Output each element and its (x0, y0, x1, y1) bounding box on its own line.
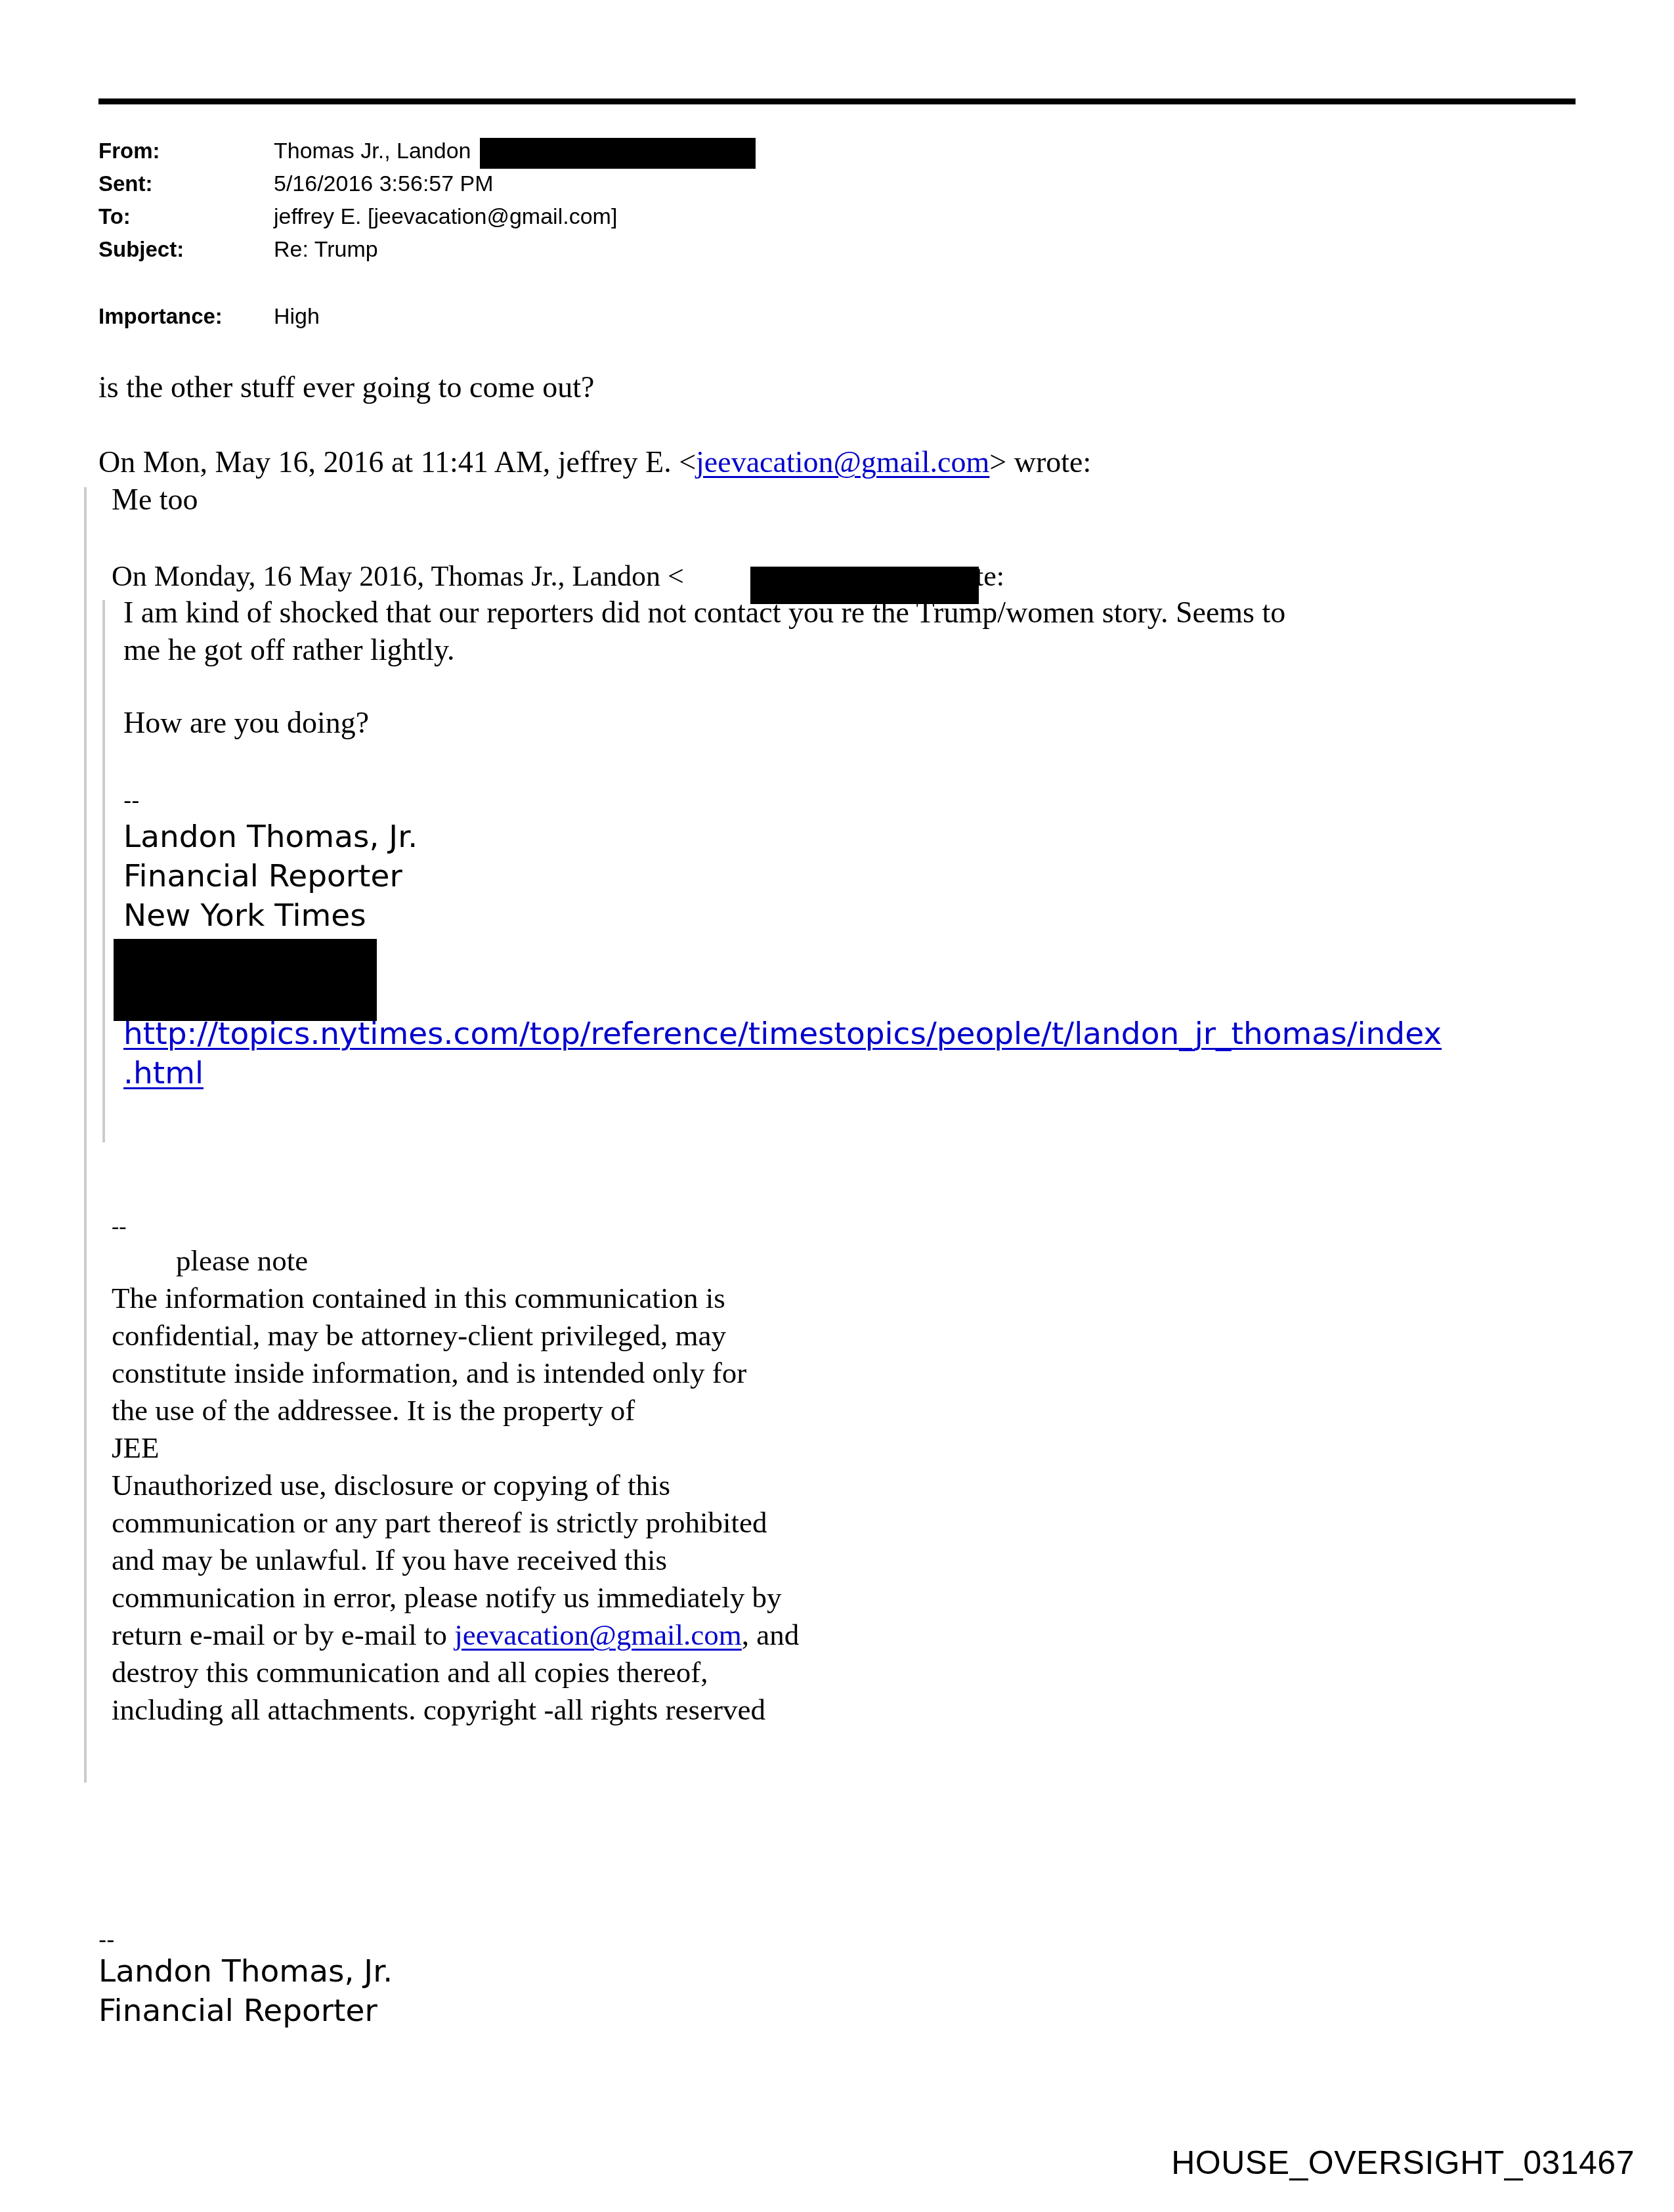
footer-signature-title: Financial Reporter (98, 1991, 377, 2031)
disclaimer-heading: please note (176, 1242, 308, 1280)
signature-title: Financial Reporter (123, 857, 402, 896)
disclaimer-separator: -- (112, 1208, 127, 1246)
profile-link[interactable]: http://topics.nytimes.com/top/reference/… (123, 1016, 1442, 1052)
disclaimer-line: the use of the addressee. It is the prop… (112, 1392, 635, 1429)
profile-link[interactable]: .html (123, 1055, 204, 1091)
disclaimer-line: communication in error, please notify us… (112, 1579, 781, 1616)
disclaimer-line: The information contained in this commun… (112, 1280, 725, 1317)
email-link[interactable]: jeevacation@gmail.com (454, 1618, 742, 1651)
signature-org: New York Times (123, 896, 366, 936)
email-link[interactable]: jeevacation@gmail.com (696, 445, 989, 479)
disclaimer-line: including all attachments. copyright -al… (112, 1691, 765, 1729)
redaction-box (480, 138, 756, 169)
quote1-attribution: On Mon, May 16, 2016 at 11:41 AM, jeffre… (98, 444, 1091, 481)
subject-label: Subject: (98, 233, 184, 266)
footer-signature-name: Landon Thomas, Jr. (98, 1952, 393, 1991)
quote-bar-inner (102, 600, 105, 1142)
disclaimer-line: and may be unlawful. If you have receive… (112, 1542, 667, 1579)
from-label: From: (98, 135, 160, 167)
sent-value: 5/16/2016 3:56:57 PM (274, 167, 494, 200)
signature-url-cont: .html (123, 1054, 204, 1093)
disclaimer-line: JEE (112, 1429, 160, 1467)
quote-bar-outer (84, 487, 87, 1783)
attribution-text: > wrote: (989, 445, 1091, 479)
quote2-question: How are you doing? (123, 705, 369, 741)
disclaimer-email-line: return e-mail or by e-mail to jeevacatio… (112, 1616, 799, 1654)
disclaimer-line: communication or any part thereof is str… (112, 1504, 767, 1542)
quote2-body-line: I am kind of shocked that our reporters … (123, 594, 1285, 631)
importance-label: Importance: (98, 300, 223, 333)
to-label: To: (98, 200, 131, 233)
sent-label: Sent: (98, 167, 153, 200)
importance-value: High (274, 300, 320, 333)
signature-url: http://topics.nytimes.com/top/reference/… (123, 1014, 1442, 1054)
signature-separator: -- (123, 781, 140, 821)
attribution-text: On Monday, 16 May 2016, Thomas Jr., Land… (112, 560, 684, 592)
bates-stamp: HOUSE_OVERSIGHT_031467 (1171, 2144, 1635, 2182)
to-value: jeffrey E. [jeevacation@gmail.com] (274, 200, 617, 233)
disclaimer-text: return e-mail or by e-mail to (112, 1618, 454, 1651)
disclaimer-text: , and (742, 1618, 799, 1651)
attribution-text: On Mon, May 16, 2016 at 11:41 AM, jeffre… (98, 445, 696, 479)
subject-value: Re: Trump (274, 233, 378, 266)
header-rule (98, 98, 1576, 104)
message-body: is the other stuff ever going to come ou… (98, 369, 594, 406)
from-value: Thomas Jr., Landon (274, 135, 471, 167)
disclaimer-line: Unauthorized use, disclosure or copying … (112, 1467, 670, 1504)
signature-name: Landon Thomas, Jr. (123, 817, 418, 857)
quote1-body: Me too (112, 481, 198, 518)
disclaimer-line: confidential, may be attorney-client pri… (112, 1317, 726, 1355)
quote2-body-line: me he got off rather lightly. (123, 632, 455, 668)
redaction-box (114, 939, 377, 1021)
disclaimer-line: destroy this communication and all copie… (112, 1654, 708, 1691)
disclaimer-line: constitute inside information, and is in… (112, 1355, 746, 1392)
